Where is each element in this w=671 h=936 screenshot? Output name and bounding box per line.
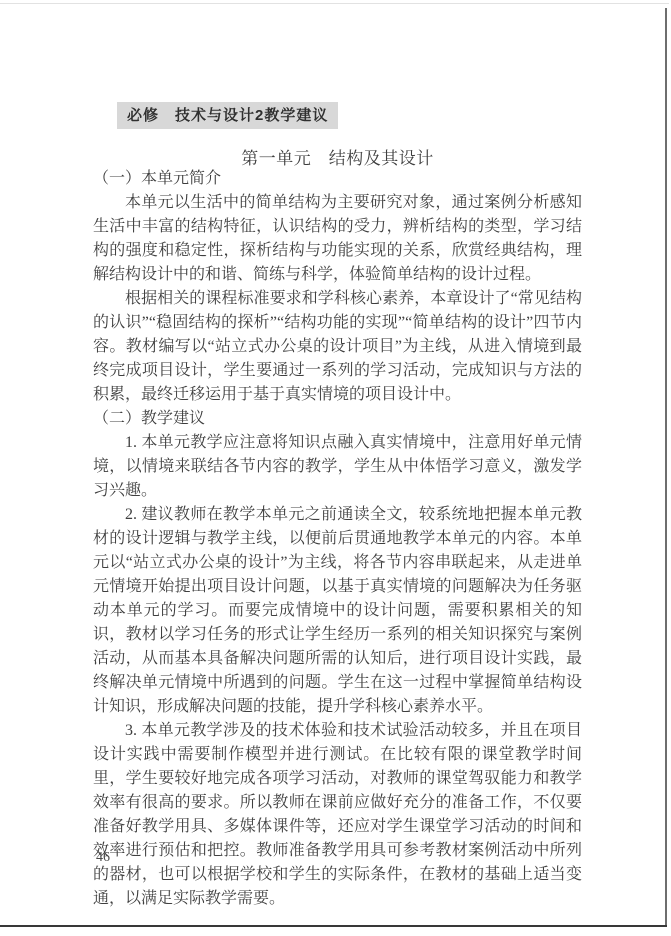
page-frame-right-line xyxy=(665,8,667,927)
suggestion-item-2: 2. 建议教师在教学本单元之前通读全文，较系统地把握本单元教材的设计逻辑与教学主… xyxy=(93,503,582,719)
section-heading-intro: （一）本单元简介 xyxy=(93,167,582,191)
page-frame-top-line xyxy=(0,3,669,4)
page-number: 46 xyxy=(96,849,110,866)
chapter-header-badge: 必修 技术与设计2教学建议 xyxy=(117,102,338,129)
page-frame-bottom-line xyxy=(0,925,667,927)
suggestion-item-1: 1. 本单元教学应注意将知识点融入真实情境中，注意用好单元情境，以情境来联结各节… xyxy=(93,431,582,503)
section-heading-suggestions: （二）教学建议 xyxy=(93,407,582,431)
book-page: { "page": { "chapter_label": "必修 技术与设计2教… xyxy=(0,0,671,936)
intro-paragraph-1: 本单元以生活中的简单结构为主要研究对象，通过案例分析感知生活中丰富的结构特征，认… xyxy=(93,191,582,287)
page-body-text: （一）本单元简介 本单元以生活中的简单结构为主要研究对象，通过案例分析感知生活中… xyxy=(93,167,582,911)
suggestion-item-3: 3. 本单元教学涉及的技术体验和技术试验活动较多，并且在项目设计实践中需要制作模… xyxy=(93,719,582,911)
intro-paragraph-2: 根据相关的课程标准要求和学科核心素养，本章设计了“常见结构的认识”“稳固结构的探… xyxy=(93,287,582,407)
